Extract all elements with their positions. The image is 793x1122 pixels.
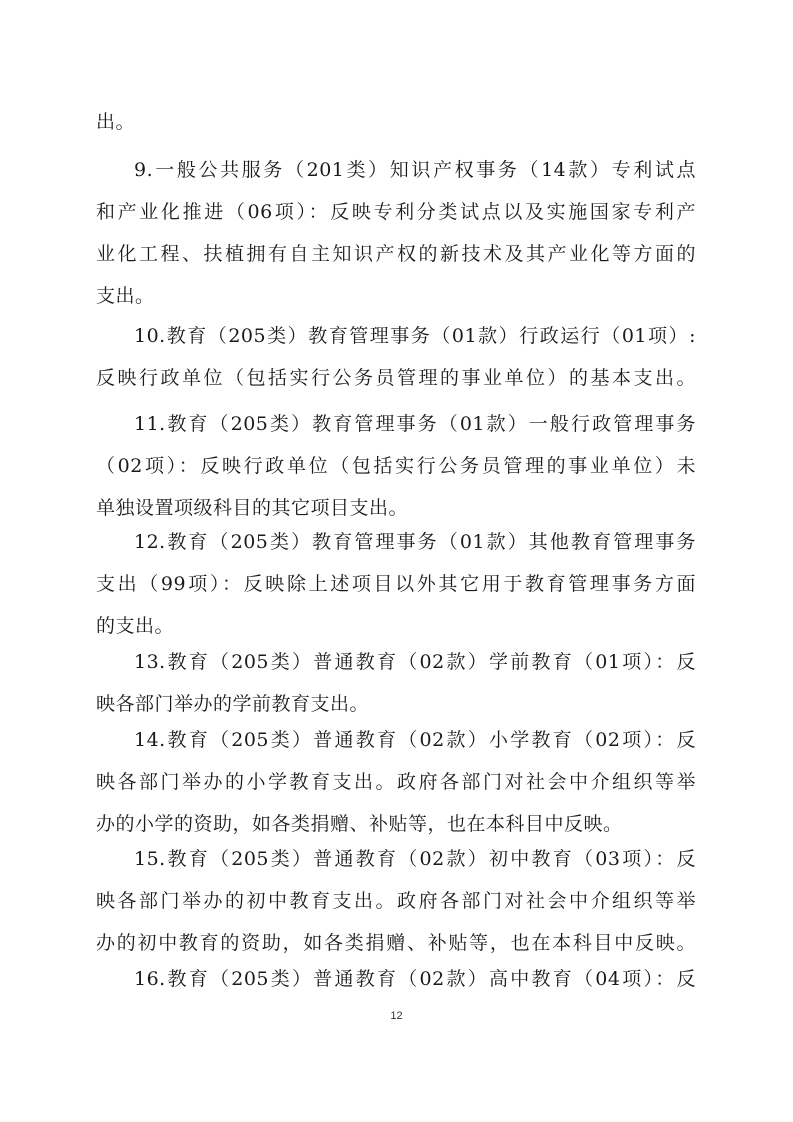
paragraph-12-line-2: 支出（99项）：反映除上述项目以外其它用于教育管理事务方面 [96,564,696,604]
paragraph-9-line-1: 9.一般公共服务（201类）知识产权事务（14款）专利试点 [134,150,696,190]
paragraph-14-line-1: 14.教育（205类）普通教育（02款）小学教育（02项）：反 [134,720,696,760]
paragraph-10-line-2: 反映行政单位（包括实行公务员管理的事业单位）的基本支出。 [96,358,696,398]
paragraph-16-line-1: 16.教育（205类）普通教育（02款）高中教育（04项）：反 [134,959,696,999]
paragraph-10-line-1: 10.教育（205类）教育管理事务（01款）行政运行（01项）: [134,316,696,356]
page-number: 12 [0,1010,793,1022]
paragraph-9-line-2: 和产业化推进（06项）：反映专利分类试点以及实施国家专利产 [96,192,696,232]
paragraph-15-line-3: 办的初中教育的资助，如各类捐赠、补贴等，也在本科目中反映。 [96,923,696,963]
paragraph-13-line-1: 13.教育（205类）普通教育（02款）学前教育（01项）：反 [134,642,696,682]
paragraph-9-line-4: 支出。 [96,276,696,316]
paragraph-12-line-3: 的支出。 [96,606,696,646]
paragraph-13-line-2: 映各部门举办的学前教育支出。 [96,684,696,724]
paragraph-14-line-3: 办的小学的资助，如各类捐赠、补贴等，也在本科目中反映。 [96,804,696,844]
paragraph-11-line-2: （02项）：反映行政单位（包括实行公务员管理的事业单位）未 [96,446,696,486]
paragraph-9-line-3: 业化工程、扶植拥有自主知识产权的新技术及其产业化等方面的 [96,234,696,274]
paragraph-15-line-1: 15.教育（205类）普通教育（02款）初中教育（03项）：反 [134,839,696,879]
paragraph-14-line-2: 映各部门举办的小学教育支出。政府各部门对社会中介组织等举 [96,762,696,802]
text-line: 出。 [96,102,696,142]
paragraph-11-line-1: 11.教育（205类）教育管理事务（01款）一般行政管理事务 [134,404,696,444]
paragraph-15-line-2: 映各部门举办的初中教育支出。政府各部门对社会中介组织等举 [96,881,696,921]
paragraph-12-line-1: 12.教育（205类）教育管理事务（01款）其他教育管理事务 [134,522,696,562]
